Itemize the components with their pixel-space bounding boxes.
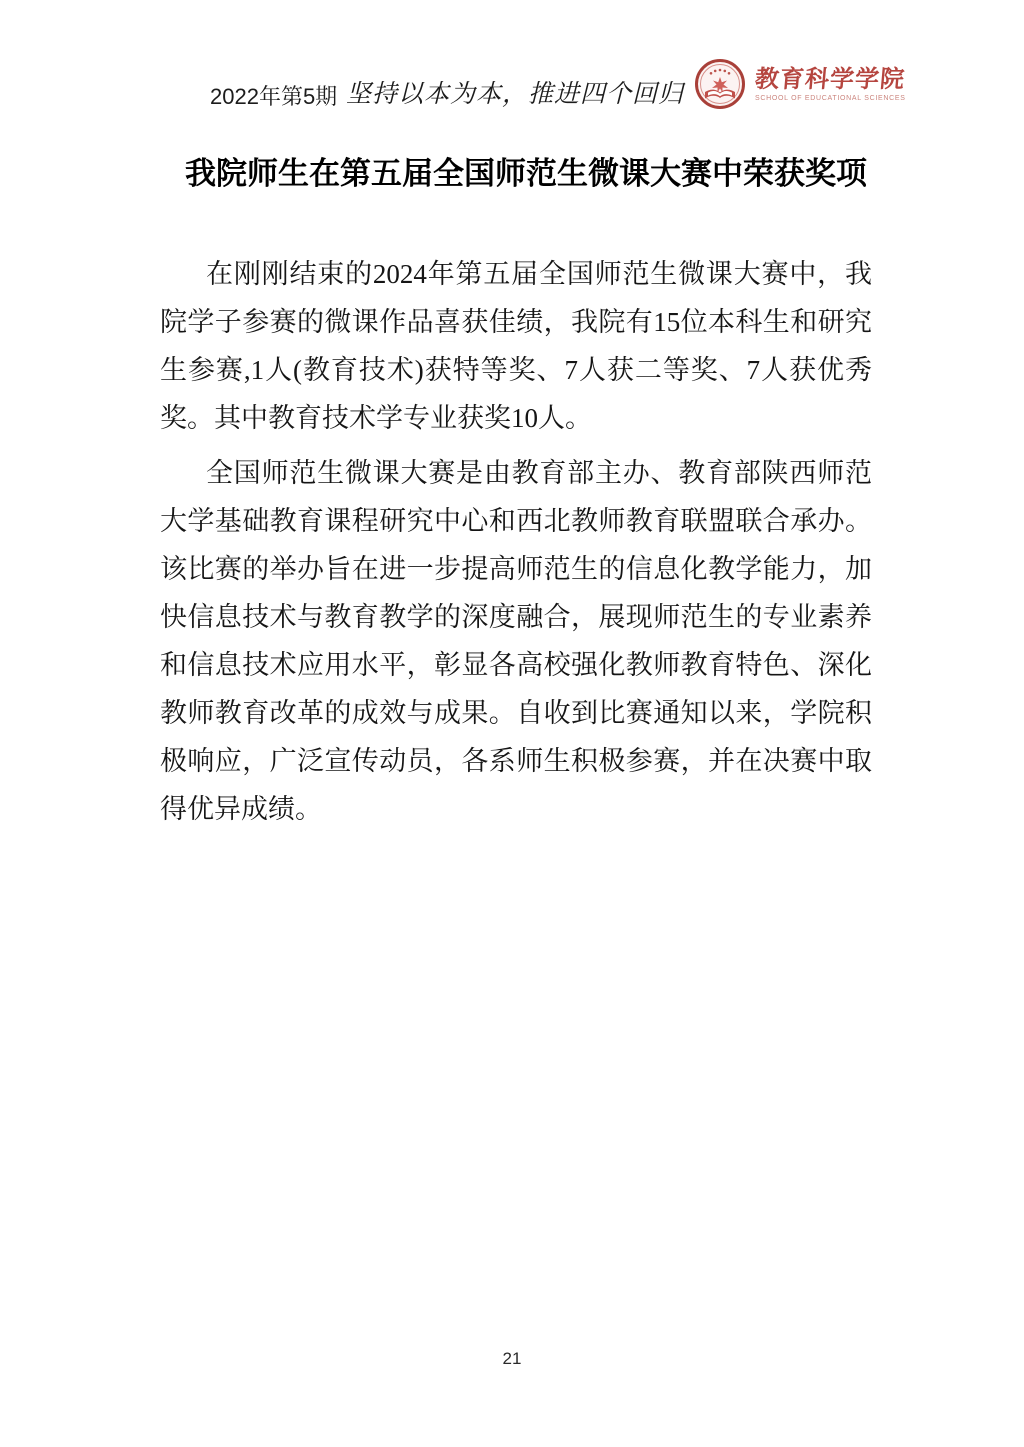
body-paragraph: 在刚刚结束的2024年第五届全国师范生微课大赛中，我院学子参赛的微课作品喜获佳绩… xyxy=(160,250,872,442)
document-page: 2022年第5期 坚持以本为本，推进四个回归 教育科学学院 SCHOOL xyxy=(0,0,1024,1447)
page-footer: 21 xyxy=(0,1349,1024,1369)
logo-name-cn: 教育科学学院 xyxy=(754,66,906,92)
logo-text: 教育科学学院 SCHOOL OF EDUCATIONAL SCIENCES xyxy=(755,66,906,101)
body-paragraph: 全国师范生微课大赛是由教育部主办、教育部陕西师范大学基础教育课程研究中心和西北教… xyxy=(160,449,872,833)
logo-name-en: SCHOOL OF EDUCATIONAL SCIENCES xyxy=(755,95,906,102)
school-logo: 教育科学学院 SCHOOL OF EDUCATIONAL SCIENCES xyxy=(694,58,906,110)
page-number: 21 xyxy=(503,1349,522,1368)
header-motto: 坚持以本为本，推进四个回归 xyxy=(346,74,684,110)
article-title: 我院师生在第五届全国师范生微课大赛中荣获奖项 xyxy=(170,148,882,193)
article-body: 在刚刚结束的2024年第五届全国师范生微课大赛中，我院学子参赛的微课作品喜获佳绩… xyxy=(160,250,872,840)
school-seal-icon xyxy=(694,58,746,110)
issue-label: 2022年第5期 xyxy=(210,80,337,111)
